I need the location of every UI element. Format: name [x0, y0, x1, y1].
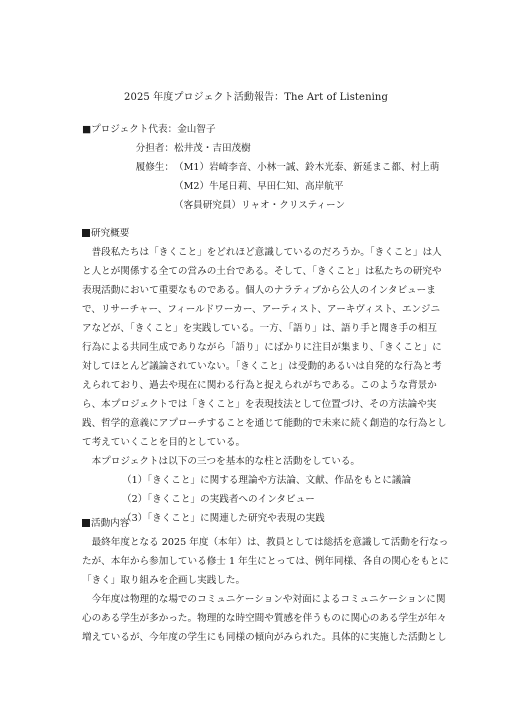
project-members: ■プロジェクト代表：金山智子 分担者：松井茂・吉田茂樹 履修生：（M1）岩崎李音… — [82, 120, 439, 215]
text-line: 心のある学生が多かった。物理的な時空間や質感を伴うものに関心のある学生が年々 — [82, 609, 434, 628]
pillars-intro: 本プロジェクトは以下の三つを基本的な柱と活動をしている。 — [82, 452, 434, 471]
text-line: たが、本年から参加している修士 1 年生にとっては、例年同様、各自の関心をもとに — [82, 552, 434, 571]
students-m2: （M2）牛尾日莉、早田仁知、高岸航平 — [174, 181, 343, 192]
text-line: 「きく」取り組みを企画し実践した。 — [82, 571, 434, 590]
section-activities: 活動内容 最終年度となる 2025 年度（本年）は、教員としては総括を意識して活… — [82, 514, 434, 647]
students-m1: （M1）岩崎李音、小林一誠、鈴木光泰、新延まこ都、村上萌 — [174, 162, 439, 173]
text-line: 最終年度となる 2025 年度（本年）は、教員としては総括を意識して活動を行なっ — [82, 533, 434, 552]
heading-text: 活動内容 — [91, 518, 129, 529]
square-bullet-icon — [82, 519, 90, 527]
pillar-item: （1）「きくこと」に関する理論や方法論、文献、作品をもとに議論 — [82, 471, 434, 490]
students-visiting: （客員研究員）リャオ・クリスティーン — [174, 200, 345, 211]
students-label: 履修生： — [82, 158, 174, 177]
section-heading: 活動内容 — [82, 514, 434, 533]
cosupervisor-label: 分担者： — [82, 139, 174, 158]
text-line: 践、哲学的意義にアプローチすることを通じて能動的で未来に続く創造的な行為とし — [82, 414, 434, 433]
students-row-visiting: （客員研究員）リャオ・クリスティーン — [82, 196, 439, 215]
heading-text: 研究概要 — [91, 228, 129, 239]
text-line: 普段私たちは「きくこと」をどれほど意識しているのだろうか。「きくこと」は人 — [82, 243, 434, 262]
text-line: と人とが関係する全ての営みの土台である。そして、「きくこと」は私たちの研究や — [82, 262, 434, 281]
cosupervisor-value: 松井茂・吉田茂樹 — [174, 143, 251, 154]
text-line: 対してほとんど議論されていない。「きくこと」は受動的あるいは自発的な行為と考 — [82, 357, 434, 376]
square-bullet-icon — [82, 229, 90, 237]
text-line: で、リサーチャー、フィールドワーカー、アーティスト、アーキヴィスト、エンジニ — [82, 300, 434, 319]
students-row-m2: （M2）牛尾日莉、早田仁知、高岸航平 — [82, 177, 439, 196]
text-line: アなどが、「きくこと」を実践している。一方、「語り」は、語り手と聞き手の相互 — [82, 319, 434, 338]
representative-label: ■プロジェクト代表： — [82, 124, 177, 135]
representative-row: ■プロジェクト代表：金山智子 — [82, 120, 439, 139]
text-line: て考えていくことを目的としている。 — [82, 433, 434, 452]
overview-paragraph: 普段私たちは「きくこと」をどれほど意識しているのだろうか。「きくこと」は人 と人… — [82, 243, 434, 452]
text-line: 増えているが、今年度の学生にも同様の傾向がみられた。具体的に実施した活動とし — [82, 628, 434, 647]
text-line: えられており、過去や現在に関わる行為と捉えられがちである。このような背景か — [82, 376, 434, 395]
cosupervisor-row: 分担者：松井茂・吉田茂樹 — [82, 139, 439, 158]
text-line: 表現活動において重要なものである。個人のナラティブから公人のインタビューま — [82, 281, 434, 300]
text-line: ら、本プロジェクトでは「きくこと」を表現技法として位置づけ、その方法論や実 — [82, 395, 434, 414]
activities-paragraph-2: 今年度は物理的な場でのコミュニケーションや対面によるコミュニケーションに関 心の… — [82, 590, 434, 647]
document-title: 2025 年度プロジェクト活動報告：The Art of Listening — [0, 88, 512, 103]
representative-value: 金山智子 — [177, 124, 215, 135]
students-row-m1: 履修生：（M1）岩崎李音、小林一誠、鈴木光泰、新延まこ都、村上萌 — [82, 158, 439, 177]
document-page: 2025 年度プロジェクト活動報告：The Art of Listening ■… — [0, 0, 512, 725]
text-line: 今年度は物理的な場でのコミュニケーションや対面によるコミュニケーションに関 — [82, 590, 434, 609]
section-research-overview: 研究概要 普段私たちは「きくこと」をどれほど意識しているのだろうか。「きくこと」… — [82, 224, 434, 528]
text-line: 行為による共同生成でありながら「語り」にばかりに注目が集まり、「きくこと」に — [82, 338, 434, 357]
section-heading: 研究概要 — [82, 224, 434, 243]
pillar-item: （2）「きくこと」の実践者へのインタビュー — [82, 490, 434, 509]
activities-paragraph-1: 最終年度となる 2025 年度（本年）は、教員としては総括を意識して活動を行なっ… — [82, 533, 434, 590]
